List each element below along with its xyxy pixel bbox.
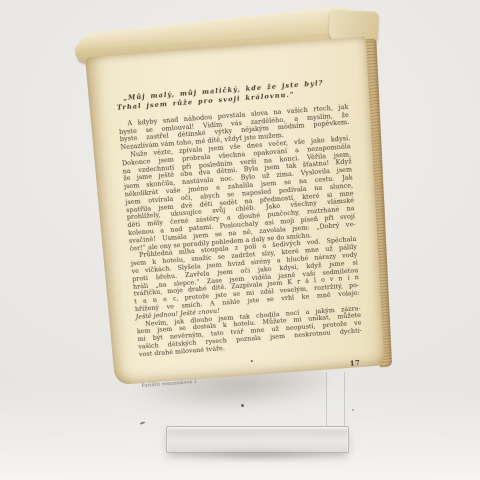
book-page: „Můj malý, můj maličký, kde že jste byl?…: [85, 36, 385, 385]
dust-speck: [241, 404, 244, 407]
stand-shadow: [150, 448, 366, 462]
page-number: 17: [350, 359, 361, 367]
paragraph-2: Nuže vězte, zpívala jsem vše dnes večer,…: [121, 135, 356, 253]
dust-speck: [352, 409, 354, 411]
acrylic-stand-back: [326, 372, 345, 428]
product-photo: „Můj malý, můj maličký, kde že jste byl?…: [0, 0, 480, 480]
page-text-block: „Můj malý, můj maličký, kde že jste byl?…: [116, 77, 365, 389]
open-book: „Můj malý, můj maličký, kde že jste byl?…: [73, 7, 394, 393]
